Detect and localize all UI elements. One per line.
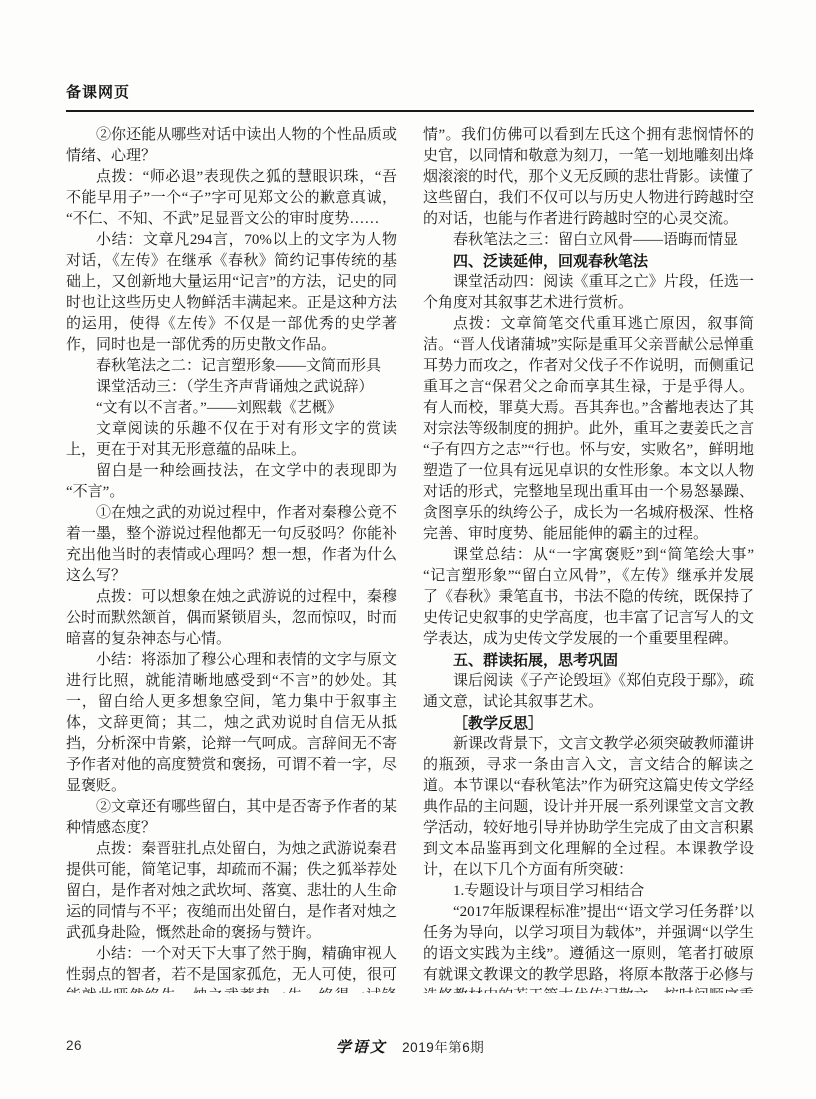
page-header: 备课网页 [66,84,754,112]
paragraph-continued: 小结：一个对天下大事了然于胸，精确审视人性弱点的智者，若不是国家孤危，无人可使，… [66,944,397,993]
article-body: ②你还能从哪些对话中读出人物的个性品质或情绪、心理？点拨：“师必退”表现佚之狐的… [66,125,754,993]
paragraph: 小结：文章凡294言，70%以上的文字为人物对话，《左传》在继承《春秋》简约记事… [66,230,397,356]
issue-info: 2019年第6期 [402,1040,484,1055]
paragraph: 点拨：文章简笔交代重耳逃亡原因，叙事简洁。“晋人伐诸蒲城”实际是重耳父亲晋献公忌… [423,314,754,545]
quote: “文有以不言者。”——刘熙载《艺概》 [66,398,397,419]
paragraph: 点拨：可以想象在烛之武游说的过程中，秦穆公时而默然颔首，偶而紧锁眉头，忽而惊叹，… [66,587,397,650]
paragraph: 小结：将添加了穆公心理和表情的文字与原文进行比照，就能清晰地感受到“不言”的妙处… [66,650,397,797]
bracket-heading: ［教学反思］ [423,713,754,734]
journal-page: 备课网页 ②你还能从哪些对话中读出人物的个性品质或情绪、心理？点拨：“师必退”表… [0,0,816,1099]
section-heading: 五、群读拓展，思考巩固 [423,650,754,671]
paragraph: 课堂总结：从“一字寓褒贬”到“简笔绘大事”“记言塑形象”“留白立风骨”，《左传》… [423,545,754,650]
question-paragraph: ①在烛之武的劝说过程中，作者对秦穆公竟不着一墨，整个游说过程他都无一句反驳吗？你… [66,503,397,587]
header-rule [66,110,754,112]
paragraph: 点拨：秦晋驻扎点处留白，为烛之武游说秦君提供可能，简笔记事，却疏而不漏；佚之狐举… [66,839,397,944]
numbered-heading: 1.专题设计与项目学习相结合 [423,881,754,902]
paragraph-continued: “2017年版课程标准”提出“‘语文学习任务群’以任务为导向，以学习项目为载体”… [423,902,754,993]
paragraph-continuation: 情”。我们仿佛可以看到左氏这个拥有悲悯情怀的史官，以同情和敬意为刻刀，一笔一划地… [423,125,754,230]
paragraph: 课后阅读《子产论毁垣》《郑伯克段于鄢》，疏通文意，试论其叙事艺术。 [423,671,754,713]
activity-heading: 课堂活动三：（学生齐声背诵烛之武说辞） [66,377,397,398]
journal-logo: 学语文 [336,1040,387,1056]
section-heading: 四、泛读延伸，回观春秋笔法 [423,251,754,272]
journal-info: 学语文 2019年第6期 [66,1036,754,1057]
paragraph: 文章阅读的乐趣不仅在于对有形文字的赏读上，更在于对其无形意蕴的品味上。 [66,419,397,461]
paragraph: 点拨：“师必退”表现佚之狐的慧眼识珠，“吾不能早用子”一个“子”字可见郑文公的歉… [66,167,397,230]
activity-heading: 课堂活动四：阅读《重耳之亡》片段，任选一个角度对其叙事艺术进行赏析。 [423,272,754,314]
paragraph: 新课改背景下，文言文教学必须突破教师灌讲的瓶颈，寻求一条由言入文，言文结合的解读… [423,734,754,881]
paragraph: 留白是一种绘画技法，在文学中的表现即为“不言”。 [66,461,397,503]
question-paragraph: ②你还能从哪些对话中读出人物的个性品质或情绪、心理？ [66,125,397,167]
question-paragraph: ②文章还有哪些留白，其中是否寄予作者的某种情感态度？ [66,797,397,839]
left-column: ②你还能从哪些对话中读出人物的个性品质或情绪、心理？点拨：“师必退”表现佚之狐的… [66,125,397,993]
subheading: 春秋笔法之二：记言塑形象——文简而形具 [66,356,397,377]
subheading: 春秋笔法之三：留白立风骨——语晦而情显 [423,230,754,251]
right-column: 情”。我们仿佛可以看到左氏这个拥有悲悯情怀的史官，以同情和敬意为刻刀，一笔一划地… [423,125,754,993]
column-header: 备课网页 [66,84,754,102]
page-footer: 26 学语文 2019年第6期 [66,1036,754,1058]
